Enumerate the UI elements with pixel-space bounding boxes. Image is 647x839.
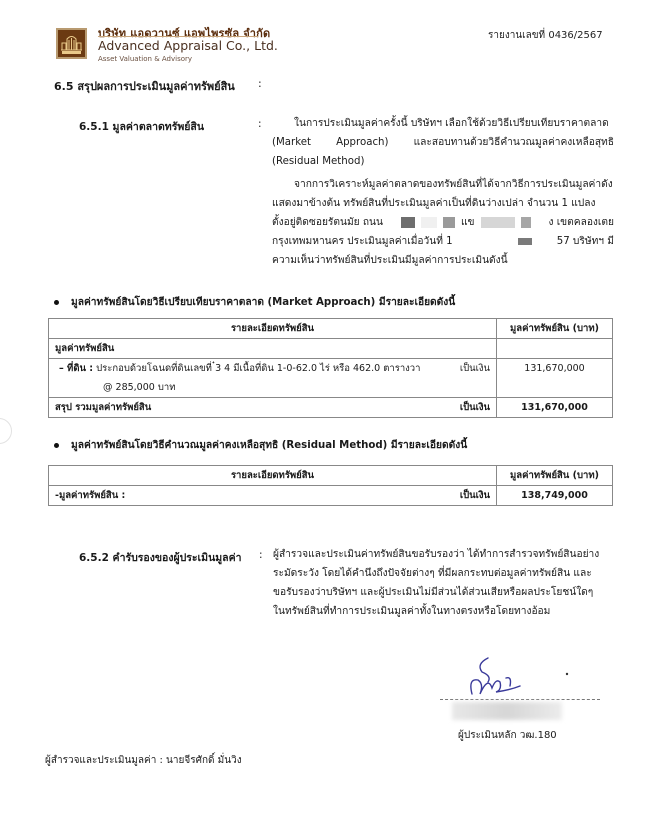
bullet-icon [54, 443, 59, 448]
land-prefix: – ที่ดิน : [59, 363, 93, 374]
handwritten-signature-icon [462, 652, 572, 702]
redacted-signer-name [452, 702, 562, 720]
market-approach-heading-text: มูลค่าทรัพย์สินโดยวิธีเปรียบเทียบราคาตลา… [71, 297, 455, 308]
table-header-row: รายละเอียดทรัพย์สิน มูลค่าทรัพย์สิน (บาท… [49, 319, 613, 339]
land-value: 131,670,000 [497, 359, 613, 379]
column-header-value: มูลค่าทรัพย์สิน (บาท) [497, 466, 613, 486]
company-tagline: Asset Valuation & Advisory [98, 55, 192, 63]
total-currency: เป็นเงิน [434, 398, 497, 418]
para2-text: 57 บริษัทฯ มี [557, 232, 614, 251]
para1-text: Approach) [336, 133, 388, 152]
residual-row-currency: เป็นเงิน [434, 486, 497, 506]
para2-line3: ตั้งอยู่ติดซอยรัตนมัย ถนน แข ง เขตคลองเต… [272, 213, 614, 232]
cert-line2: ระมัดระวัง โดยได้คำนึงถึงปัจจัยต่างๆ ที่… [273, 564, 618, 583]
market-approach-table: รายละเอียดทรัพย์สิน มูลค่าทรัพย์สิน (บาท… [48, 318, 613, 418]
residual-method-table: รายละเอียดทรัพย์สิน มูลค่าทรัพย์สิน (บาท… [48, 465, 613, 506]
redacted-address: แข [401, 213, 531, 232]
company-logo [56, 28, 87, 59]
section-title: 6.5 สรุปผลการประเมินมูลค่าทรัพย์สิน [54, 77, 235, 95]
table-total-row: สรุป รวมมูลค่าทรัพย์สิน เป็นเงิน 131,670… [49, 398, 613, 418]
signature [462, 652, 572, 702]
report-number: รายงานเลขที่ 0436/2567 [488, 28, 603, 43]
redaction-block [443, 217, 455, 228]
para2-text: แข [461, 213, 475, 232]
certification-title: 6.5.2 คำรับรองของผู้ประเมินมูลค่า [79, 549, 242, 566]
redaction-block [401, 217, 415, 228]
para1-line1: ในการประเมินมูลค่าครั้งนี้ บริษัทฯ เลือก… [272, 114, 614, 133]
residual-row-value: 138,749,000 [497, 486, 613, 506]
para2-line4: กรุงเทพมหานคร ประเมินมูลค่าเมื่อวันที่ 1… [272, 232, 614, 251]
para1-text: และสอบทานด้วยวิธีคำนวณมูลค่าคงเหลือสุทธิ [414, 133, 614, 152]
para2-line5: ความเห็นว่าทรัพย์สินที่ประเมินมีมูลค่ากา… [272, 251, 614, 270]
residual-method-heading: มูลค่าทรัพย์สินโดยวิธีคำนวณมูลค่าคงเหลือ… [54, 437, 467, 453]
land-rate: @ 285,000 บาท [49, 378, 497, 398]
para1-line2: (Market Approach) และสอบทานด้วยวิธีคำนวณ… [272, 133, 614, 152]
certification-colon: : [259, 549, 263, 561]
residual-row-label: -มูลค่าทรัพย์สิน : [49, 486, 435, 506]
redaction-block [521, 217, 531, 228]
page-edge-handle [0, 418, 12, 444]
market-value-title: 6.5.1 มูลค่าตลาดทรัพย์สิน [79, 118, 204, 135]
para2-text: ง เขตคลองเตย [548, 213, 614, 232]
market-approach-heading: มูลค่าทรัพย์สินโดยวิธีเปรียบเทียบราคาตลา… [54, 294, 455, 310]
column-header-value: มูลค่าทรัพย์สิน (บาท) [497, 319, 613, 339]
table-row: – ที่ดิน : ประกอบด้วยโฉนดที่ดินเลขที่ ๋3… [49, 359, 613, 379]
column-header-detail: รายละเอียดทรัพย์สิน [49, 466, 497, 486]
para2-text: ตั้งอยู่ติดซอยรัตนมัย ถนน [272, 213, 383, 232]
para1-text: (Market [272, 133, 311, 152]
signer-title: ผู้ประเมินหลัก วฒ.180 [458, 728, 557, 743]
para2-line1: จากการวิเคราะห์มูลค่าตลาดของทรัพย์สินที่… [272, 175, 614, 194]
table-row: @ 285,000 บาท [49, 378, 613, 398]
bullet-icon [54, 300, 59, 305]
signature-line [440, 699, 600, 700]
group-label: มูลค่าทรัพย์สิน [49, 339, 497, 359]
table-row: -มูลค่าทรัพย์สิน : เป็นเงิน 138,749,000 [49, 486, 613, 506]
para1-line3: (Residual Method) [272, 152, 614, 171]
certification-paragraph: ผู้สำรวจและประเมินค่าทรัพย์สินขอรับรองว่… [273, 545, 618, 621]
table-row: มูลค่าทรัพย์สิน [49, 339, 613, 359]
total-value: 131,670,000 [497, 398, 613, 418]
redaction-block [421, 217, 437, 228]
cert-line3: ขอรับรองว่าบริษัทฯ และผู้ประเมินไม่มีส่ว… [273, 583, 618, 602]
para2-line2: แสดงมาข้างต้น ทรัพย์สินที่ประเมินมูลค่าเ… [272, 194, 614, 213]
column-header-detail: รายละเอียดทรัพย์สิน [49, 319, 497, 339]
market-value-paragraph: ในการประเมินมูลค่าครั้งนี้ บริษัทฯ เลือก… [272, 114, 614, 270]
land-detail: ประกอบด้วยโฉนดที่ดินเลขที่ ๋3 4 มีเนื้อท… [96, 363, 420, 374]
empty-cell [497, 339, 613, 359]
building-logo-icon [58, 30, 85, 57]
residual-method-heading-text: มูลค่าทรัพย์สินโดยวิธีคำนวณมูลค่าคงเหลือ… [71, 440, 467, 451]
company-name-english: Advanced Appraisal Co., Ltd. [98, 38, 278, 53]
cert-line4: ในทรัพย์สินที่ทำการประเมินมูลค่าทั้งในทา… [273, 602, 618, 621]
table-header-row: รายละเอียดทรัพย์สิน มูลค่าทรัพย์สิน (บาท… [49, 466, 613, 486]
surveyor-name: ผู้สำรวจและประเมินมูลค่า : นายจีรศักดิ์ … [45, 753, 242, 768]
redaction-block [481, 217, 515, 228]
empty-cell [497, 378, 613, 398]
cert-line1: ผู้สำรวจและประเมินค่าทรัพย์สินขอรับรองว่… [273, 545, 618, 564]
land-currency: เป็นเงิน [434, 359, 497, 379]
para2-text: กรุงเทพมหานคร ประเมินมูลค่าเมื่อวันที่ 1 [272, 232, 453, 251]
redaction-block [518, 238, 532, 245]
total-label: สรุป รวมมูลค่าทรัพย์สิน [49, 398, 435, 418]
header-divider [98, 36, 258, 37]
section-colon: : [258, 77, 262, 90]
market-value-colon: : [258, 118, 262, 130]
land-description: – ที่ดิน : ประกอบด้วยโฉนดที่ดินเลขที่ ๋3… [49, 359, 435, 379]
